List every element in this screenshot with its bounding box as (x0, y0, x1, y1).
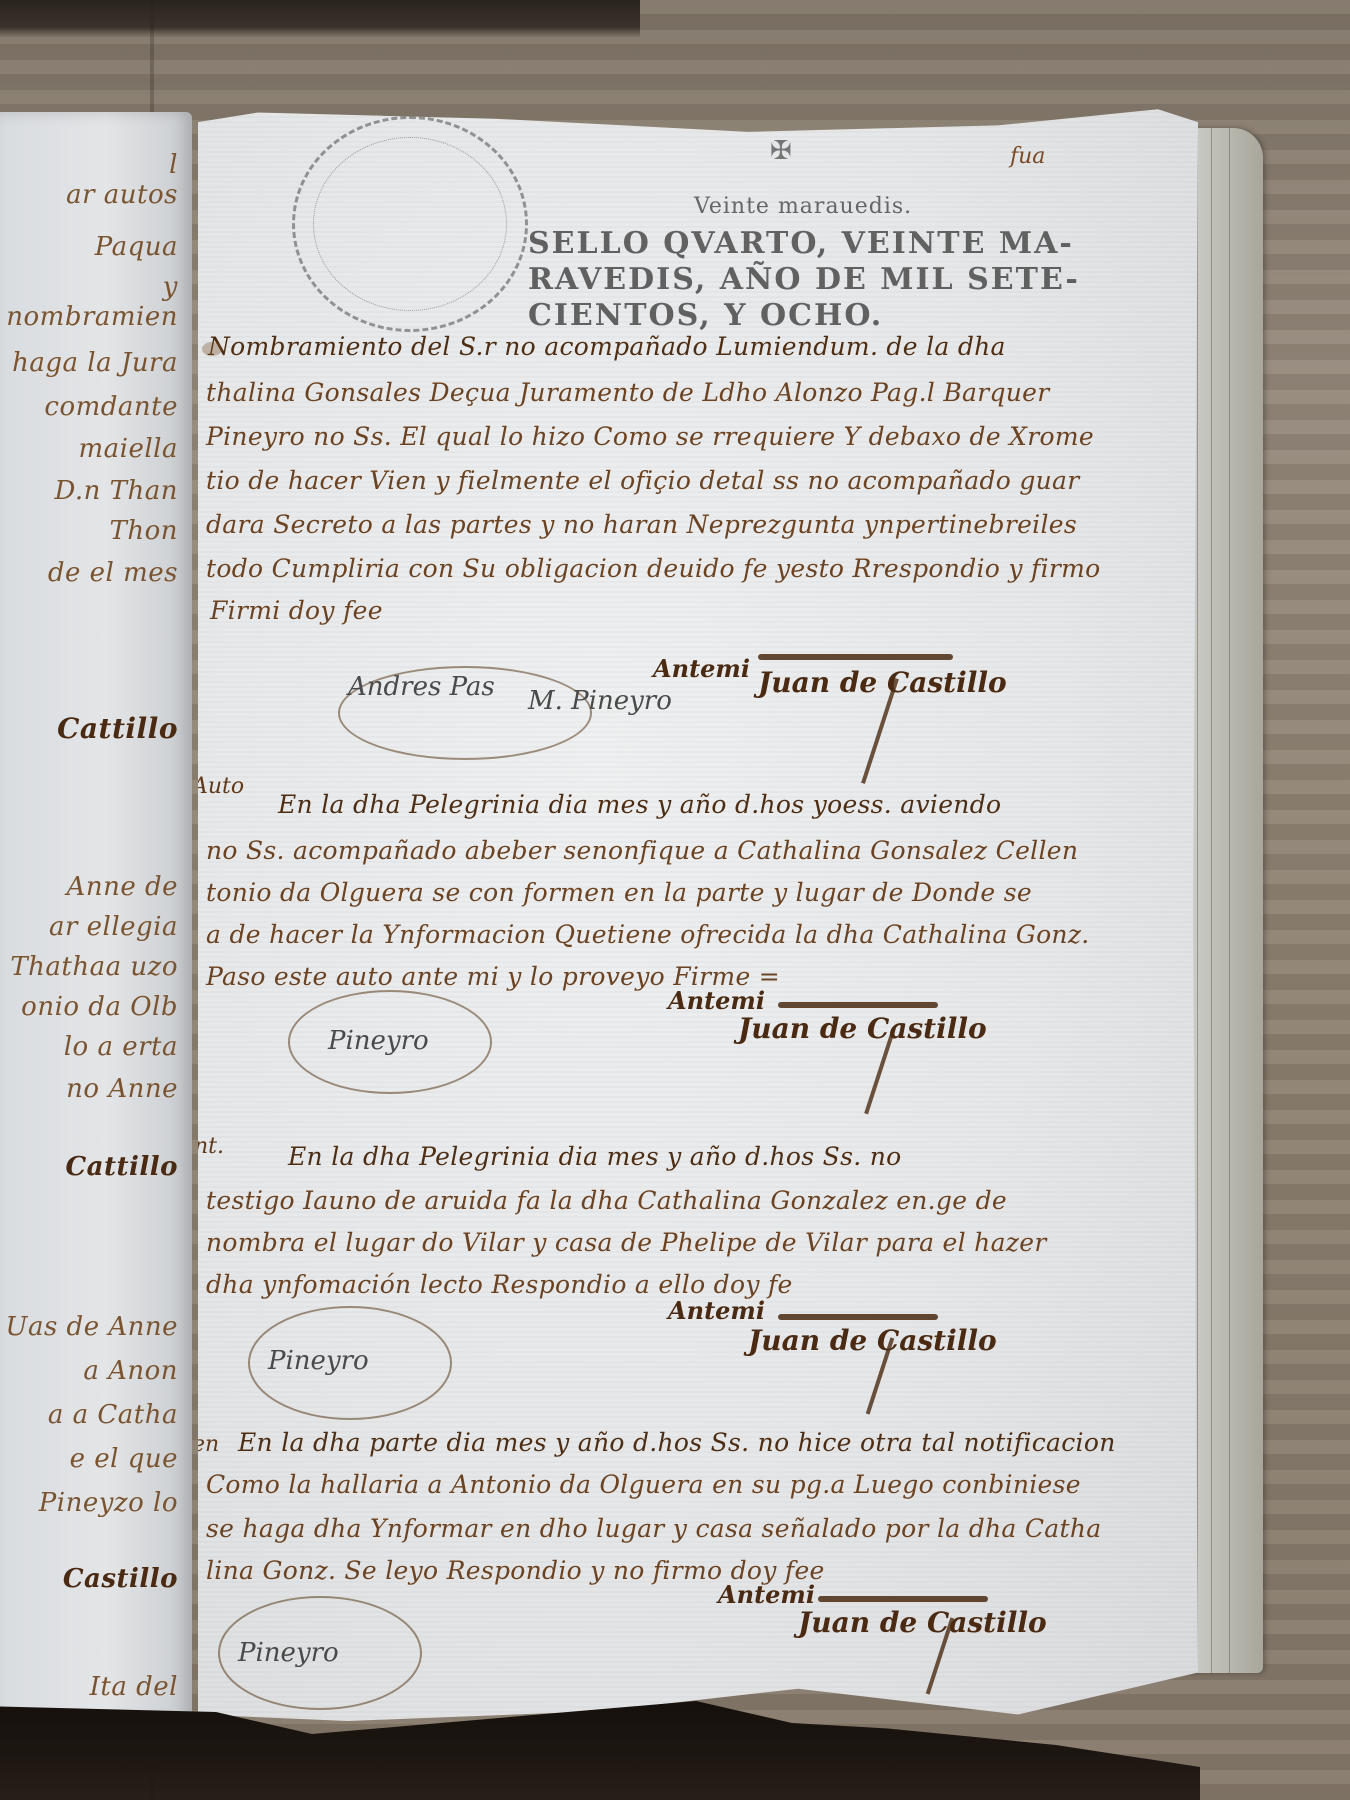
left-page-line: a a Catha (48, 1400, 178, 1430)
margin-note: nt. (194, 1134, 224, 1159)
rubric-bar (778, 1314, 938, 1320)
left-page-line: Anne de (67, 872, 178, 902)
manuscript-line: tio de hacer Vien y fielmente el ofiçio … (206, 466, 1080, 495)
margin-note: en (192, 1432, 219, 1457)
left-page-line: ar ellegia (49, 912, 178, 942)
manuscript-line: dha ynfomación lecto Respondio a ello do… (206, 1270, 793, 1299)
left-page-line: a Anon (83, 1356, 178, 1386)
left-page-line: e el que (70, 1444, 178, 1474)
manuscript-line: En la dha Pelegrinia dia mes y año d.hos… (278, 790, 1001, 819)
seal-text-line: SELLO QVARTO, VEINTE MA- (528, 226, 1074, 261)
manuscript-line: no Ss. acompañado abeber senonfique a Ca… (206, 836, 1078, 865)
manuscript-line: En la dha parte dia mes y año d.hos Ss. … (238, 1428, 1116, 1457)
manuscript-line: Como la hallaria a Antonio da Olguera en… (206, 1470, 1081, 1499)
rubric-bar (758, 654, 953, 660)
signature-antemi-label: Antemi (718, 1580, 815, 1609)
left-page-signature: Cattillo (65, 1152, 178, 1182)
seal-text-line: RAVEDIS, AÑO DE MIL SETE- (528, 262, 1080, 297)
left-page-line: nombramien (6, 302, 178, 332)
rubric-bar (778, 1002, 938, 1008)
left-page-line: l (169, 150, 178, 180)
signature-juan-de-castillo: Juan de Castillo (738, 1012, 987, 1045)
left-page-line: y (163, 272, 178, 302)
ink-blot (202, 342, 222, 356)
signature-pineyro: M. Pineyro (528, 686, 672, 716)
left-page-line: Thon (110, 516, 179, 546)
royal-seal-stamp (292, 116, 528, 332)
manuscript-line: Firmi doy fee (210, 596, 383, 625)
manuscript-line: thalina Gonsales Deçua Juramento de Ldho… (206, 378, 1050, 407)
cardboard-shadow (0, 0, 640, 38)
left-page-signature: Castillo (63, 1564, 178, 1594)
manuscript-line: se haga dha Ynformar en dho lugar y casa… (206, 1514, 1101, 1543)
manuscript-line: dara Secreto a las partes y no haran Nep… (206, 510, 1077, 539)
page-stack-edge (1185, 128, 1263, 1673)
manuscript-page: ✠ fua Veinte marauedis. SELLO QVARTO, VE… (198, 106, 1198, 1721)
left-page-line: Thathaa uzo (10, 952, 178, 982)
left-page-line: Pineyzo lo (39, 1488, 178, 1518)
signature-andres: Andres Pas (348, 672, 495, 702)
signature-juan-de-castillo: Juan de Castillo (748, 1324, 997, 1357)
manuscript-line: nombra el lugar do Vilar y casa de Pheli… (206, 1228, 1047, 1257)
signature-antemi-label: Antemi (668, 986, 765, 1015)
seal-text-line: CIENTOS, Y OCHO. (528, 298, 883, 333)
left-page-line: comdante (44, 392, 178, 422)
folio-mark: fua (1010, 144, 1045, 169)
signature-antemi-label: Antemi (653, 654, 750, 683)
signature-pineyro: Pineyro (238, 1638, 339, 1668)
signature-juan-de-castillo: Juan de Castillo (758, 666, 1007, 699)
left-page-line: haga la Jura (12, 348, 178, 378)
manuscript-line: a de hacer la Ynformacion Quetiene ofrec… (206, 920, 1090, 949)
margin-note-auto: Auto (192, 774, 244, 799)
left-page-line: de el mes (48, 558, 178, 588)
left-page-line: lo a erta (64, 1032, 178, 1062)
manuscript-line: testigo Iauno de aruida fa la dha Cathal… (206, 1186, 1007, 1215)
left-page-line: Paqua (95, 232, 178, 262)
left-page-line: Uas de Anne (6, 1312, 178, 1342)
signature-antemi-label: Antemi (668, 1296, 765, 1325)
manuscript-line: Pineyro no Ss. El qual lo hizo Como se r… (206, 422, 1094, 451)
signature-juan-de-castillo: Juan de Castillo (798, 1606, 1047, 1639)
signature-pineyro: Pineyro (328, 1026, 429, 1056)
rubric-bar (818, 1596, 988, 1602)
left-facing-page: l ar autos Paqua y nombramien haga la Ju… (0, 112, 192, 1722)
left-page-line: no Anne (66, 1074, 178, 1104)
manuscript-line: En la dha Pelegrinia dia mes y año d.hos… (288, 1142, 901, 1171)
manuscript-line: tonio da Olguera se con formen en la par… (206, 878, 1032, 907)
left-page-line: onio da Olb (21, 992, 178, 1022)
left-page-line: maiella (79, 434, 179, 464)
left-page-signature: Cattillo (57, 712, 178, 745)
left-page-line: ar autos (66, 180, 178, 210)
manuscript-line: Nombramiento del S.r no acompañado Lumie… (208, 332, 1006, 361)
cross-icon: ✠ (770, 136, 792, 166)
left-page-line: D.n Than (54, 476, 178, 506)
signature-pineyro: Pineyro (268, 1346, 369, 1376)
left-page-line: Ita del (90, 1672, 178, 1702)
seal-value-subtitle: Veinte marauedis. (694, 194, 912, 219)
manuscript-line: todo Cumpliria con Su obligacion deuido … (206, 554, 1101, 583)
